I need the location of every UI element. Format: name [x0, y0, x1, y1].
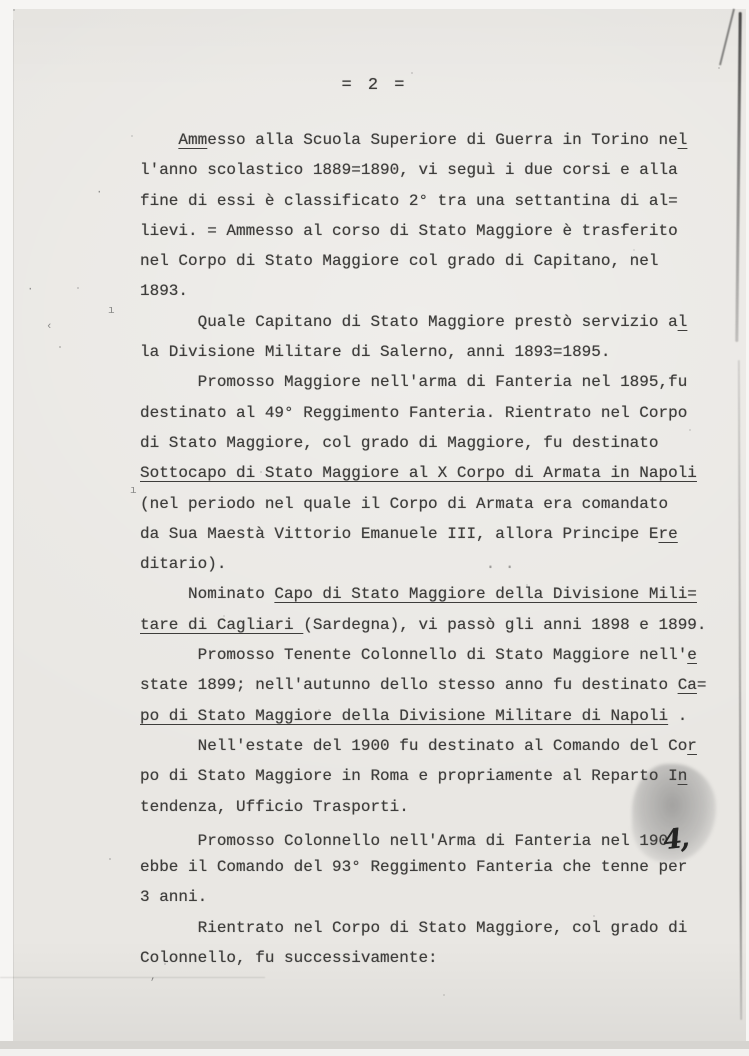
- text-line: la Divisione Militare di Salerno, anni 1…: [140, 337, 720, 367]
- scan-artifact-mark: ı: [108, 306, 115, 317]
- text-line: di Stato Maggiore, col grado di Maggiore…: [140, 428, 720, 458]
- typed-text: Nell'estate del 1900 fu destinato al Com…: [140, 737, 687, 755]
- typed-text: [226, 555, 485, 573]
- text-line: ditario). . .: [140, 549, 720, 579]
- text-line: ebbe il Comando del 93° Reggimento Fante…: [140, 852, 720, 882]
- underlined-text: re: [658, 525, 677, 543]
- typed-text: ditario).: [140, 555, 226, 573]
- scan-artifact-mark: ·: [96, 188, 103, 199]
- typed-text: Colonnello, fu successivamente:: [140, 949, 438, 967]
- text-line: 1893.: [140, 276, 720, 306]
- text-line: Rientrato nel Corpo di Stato Maggiore, c…: [140, 913, 720, 943]
- typed-text: tendenza, Ufficio Trasporti.: [140, 798, 409, 816]
- typed-text: .: [668, 707, 687, 725]
- typed-text: state 1899; nell'autunno dello stesso an…: [140, 676, 678, 694]
- underlined-text: r: [687, 737, 697, 755]
- text-line: lievi. = Ammesso al corso di Stato Maggi…: [140, 216, 720, 246]
- typed-text: 3 anni.: [140, 888, 207, 906]
- text-line: Promosso Tenente Colonnello di Stato Mag…: [140, 640, 720, 670]
- scan-artifact-mark: ‹: [46, 322, 53, 333]
- text-line: Promosso Maggiore nell'arma di Fanteria …: [140, 367, 720, 397]
- scan-artifact-mark: ,: [150, 972, 157, 983]
- text-line: Colonnello, fu successivamente:: [140, 943, 720, 973]
- text-line: (nel periodo nel quale il Corpo di Armat…: [140, 489, 720, 519]
- faint-mark: . .: [486, 555, 515, 573]
- typed-text: lievi. = Ammesso al corso di Stato Maggi…: [140, 222, 678, 240]
- typed-text: =: [697, 676, 707, 694]
- typed-text: (nel periodo nel quale il Corpo di Armat…: [140, 495, 668, 513]
- scan-artifact-mark: ·: [27, 285, 34, 296]
- typed-text: l'anno scolastico 1889=1890, vi seguì i …: [140, 161, 678, 179]
- text-line: Nominato Capo di Stato Maggiore della Di…: [140, 579, 720, 609]
- typed-text: la Divisione Militare di Salerno, anni 1…: [140, 343, 610, 361]
- underlined-text: Sottocapo di Stato Maggiore al X Corpo d…: [140, 464, 697, 482]
- underlined-text: n: [678, 767, 688, 785]
- typed-text: da Sua Maestà Vittorio Emanuele III, all…: [140, 525, 658, 543]
- typed-text: 1893.: [140, 282, 188, 300]
- text-line: da Sua Maestà Vittorio Emanuele III, all…: [140, 519, 720, 549]
- text-line: l'anno scolastico 1889=1890, vi seguì i …: [140, 155, 720, 185]
- text-line: Quale Capitano di Stato Maggiore prestò …: [140, 307, 720, 337]
- typed-text: (Sardegna), vi passò gli anni 1898 e 189…: [303, 616, 706, 634]
- typed-text: Nominato: [140, 585, 274, 603]
- underlined-text: l: [678, 131, 688, 149]
- text-line: 3 anni.: [140, 882, 720, 912]
- underlined-text: Capo di Stato Maggiore della Divisione M…: [274, 585, 696, 603]
- bottom-scan-edge: [0, 1041, 749, 1049]
- typed-text: Quale Capitano di Stato Maggiore prestò …: [140, 313, 678, 331]
- text-line: tare di Cagliari (Sardegna), vi passò gl…: [140, 610, 720, 640]
- handwritten-digit: 4,: [662, 824, 689, 857]
- typed-text: Promosso Maggiore nell'arma di Fanteria …: [140, 373, 687, 391]
- underlined-text: Amm: [178, 131, 207, 149]
- text-line: nel Corpo di Stato Maggiore col grado di…: [140, 246, 720, 276]
- page-number: = 2 =: [0, 76, 749, 95]
- underlined-text: tare di Cagliari: [140, 616, 303, 634]
- paper-grain-specks: [13, 9, 15, 11]
- text-line: Ammesso alla Scuola Superiore di Guerra …: [140, 125, 720, 155]
- typed-text: nel Corpo di Stato Maggiore col grado di…: [140, 252, 658, 270]
- text-body: Ammesso alla Scuola Superiore di Guerra …: [140, 125, 720, 973]
- page-edge-left: [13, 20, 14, 1020]
- typed-text: esso alla Scuola Superiore di Guerra in …: [207, 131, 677, 149]
- underlined-text: e: [687, 646, 697, 664]
- underlined-text: po di Stato Maggiore della Divisione Mil…: [140, 707, 668, 725]
- text-line: destinato al 49° Reggimento Fanteria. Ri…: [140, 398, 720, 428]
- typed-text: Promosso Tenente Colonnello di Stato Mag…: [140, 646, 687, 664]
- typed-text: ebbe il Comando del 93° Reggimento Fante…: [140, 858, 687, 876]
- underlined-text: l: [678, 313, 688, 331]
- text-line: tendenza, Ufficio Trasporti.: [140, 792, 720, 822]
- typed-text: di Stato Maggiore, col grado di Maggiore…: [140, 434, 658, 452]
- typed-text: destinato al 49° Reggimento Fanteria. Ri…: [140, 404, 687, 422]
- text-line: po di Stato Maggiore in Roma e propriame…: [140, 761, 720, 791]
- underlined-text: Ca: [678, 676, 697, 694]
- scan-artifact-mark: ı: [130, 486, 137, 497]
- typed-text: Rientrato nel Corpo di Stato Maggiore, c…: [140, 919, 687, 937]
- text-line: po di Stato Maggiore della Divisione Mil…: [140, 701, 720, 731]
- typed-text: Promosso Colonnello nell'Arma di Fanteri…: [140, 832, 668, 850]
- text-line: Promosso Colonnello nell'Arma di Fanteri…: [140, 822, 720, 852]
- horizontal-crease: [0, 977, 265, 978]
- text-line: Sottocapo di Stato Maggiore al X Corpo d…: [140, 458, 720, 488]
- text-line: Nell'estate del 1900 fu destinato al Com…: [140, 731, 720, 761]
- typed-text: po di Stato Maggiore in Roma e propriame…: [140, 767, 678, 785]
- text-line: state 1899; nell'autunno dello stesso an…: [140, 670, 720, 700]
- typed-text: [140, 131, 178, 149]
- typed-text: fine di essi è classificato 2° tra una s…: [140, 192, 678, 210]
- bottom-scan-margin: [0, 1049, 749, 1056]
- text-line: fine di essi è classificato 2° tra una s…: [140, 186, 720, 216]
